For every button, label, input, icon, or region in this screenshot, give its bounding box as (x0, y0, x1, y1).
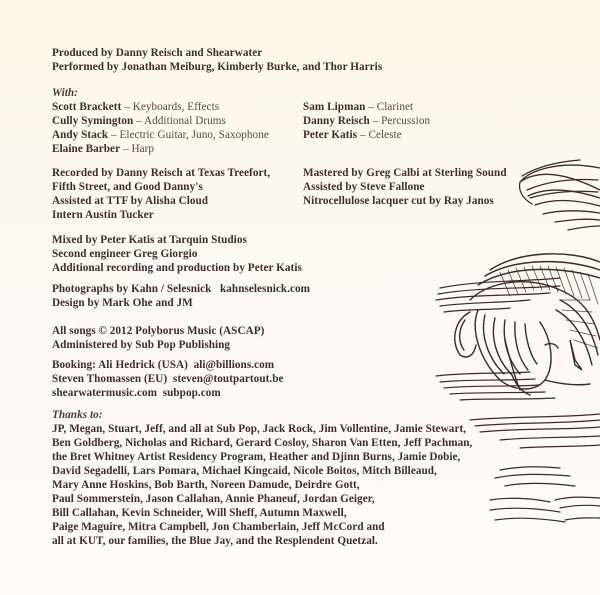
separator: – (120, 143, 131, 155)
musicians-left-column: Scott Brackett – Keyboards, Effects Cull… (52, 100, 269, 156)
separator: – (365, 101, 376, 113)
performed-by: Performed by Jonathan Meiburg, Kimberly … (52, 60, 382, 74)
label-website-link[interactable]: subpop.com (163, 387, 221, 399)
musician-name: Sam Lipman (303, 101, 365, 113)
thanks-line: all at KUT, our families, the Blue Jay, … (52, 534, 472, 548)
musician-credit: Danny Reisch – Percussion (303, 114, 430, 128)
musician-name: Cully Symington (52, 115, 133, 127)
thanks-heading: Thanks to: (52, 408, 472, 422)
booking-credits: Booking: Ali Hedrick (USA) ali@billions.… (52, 358, 284, 400)
design-credit: Design by Mark Ohe and JM (52, 296, 310, 310)
musician-role: Harp (131, 143, 154, 155)
mastering-line: Assisted by Steve Fallone (303, 180, 507, 194)
musician-role: Additional Drums (144, 115, 226, 127)
mixing-credits: Mixed by Peter Katis at Tarquin Studios … (52, 233, 302, 275)
thanks-line: JP, Megan, Stuart, Jeff, and all at Sub … (52, 422, 472, 436)
musician-credit: Cully Symington – Additional Drums (52, 114, 269, 128)
musician-role: Keyboards, Effects (133, 101, 219, 113)
musician-credit: Andy Stack – Electric Guitar, Juno, Saxo… (52, 128, 269, 142)
musician-credit: Scott Brackett – Keyboards, Effects (52, 100, 269, 114)
mixing-line: Mixed by Peter Katis at Tarquin Studios (52, 233, 302, 247)
with-label: With: (52, 86, 78, 100)
musician-name: Scott Brackett (52, 101, 121, 113)
wing-icon (520, 160, 600, 230)
thanks-section: Thanks to: JP, Megan, Stuart, Jeff, and … (52, 408, 472, 548)
separator: – (121, 101, 132, 113)
musician-role: Electric Guitar, Juno, Saxophone (120, 129, 269, 141)
booking-email-link[interactable]: steven@toutpartout.be (173, 373, 284, 385)
booking-agent: Booking: Ali Hedrick (USA) (52, 359, 188, 371)
musician-name: Peter Katis (303, 129, 357, 141)
musicians-right-column: Sam Lipman – Clarinet Danny Reisch – Per… (303, 100, 430, 142)
thanks-line: David Segadelli, Lars Pomara, Michael Ki… (52, 464, 472, 478)
musician-role: Clarinet (377, 101, 413, 113)
separator: – (370, 115, 381, 127)
thanks-line: the Bret Whitney Artist Residency Progra… (52, 450, 472, 464)
recording-line: Fifth Street, and Good Danny's (52, 180, 270, 194)
mastering-line: Mastered by Greg Calbi at Sterling Sound (303, 166, 507, 180)
booking-line: Steven Thomassen (EU) steven@toutpartout… (52, 372, 284, 386)
booking-agent: Steven Thomassen (EU) (52, 373, 167, 385)
musician-role: Celeste (368, 129, 401, 141)
mastering-credits: Mastered by Greg Calbi at Sterling Sound… (303, 166, 507, 208)
publishing-line: Administered by Sub Pop Publishing (52, 338, 264, 352)
thanks-line: Ben Goldberg, Nicholas and Richard, Gera… (52, 436, 472, 450)
separator: – (108, 129, 119, 141)
musician-role: Percussion (381, 115, 430, 127)
creature-icon (455, 254, 600, 395)
separator: – (357, 129, 368, 141)
musician-credit: Elaine Barber – Harp (52, 142, 269, 156)
produced-by: Produced by Danny Reisch and Shearwater (52, 46, 382, 60)
recording-line: Recorded by Danny Reisch at Texas Treefo… (52, 166, 270, 180)
recording-line: Intern Austin Tucker (52, 208, 270, 222)
musician-name: Elaine Barber (52, 143, 120, 155)
musician-name: Danny Reisch (303, 115, 370, 127)
recording-credits: Recorded by Danny Reisch at Texas Treefo… (52, 166, 270, 222)
musician-credit: Sam Lipman – Clarinet (303, 100, 430, 114)
production-credits: Produced by Danny Reisch and Shearwater … (52, 46, 382, 74)
crosshatch-texture (500, 266, 598, 348)
thanks-line: Bill Callahan, Kevin Schneider, Will She… (52, 506, 472, 520)
thanks-line: Mary Anne Hoskins, Bob Barth, Noreen Dam… (52, 478, 472, 492)
separator: – (133, 115, 144, 127)
recording-line: Assisted at TTF by Alisha Cloud (52, 194, 270, 208)
publishing-credits: All songs © 2012 Polyborus Music (ASCAP)… (52, 324, 264, 352)
liner-notes-page: Produced by Danny Reisch and Shearwater … (0, 0, 600, 595)
thanks-line: Paige Maguire, Mitra Campbell, Jon Chamb… (52, 520, 472, 534)
photographs-credit: Photographs by Kahn / Selesnick (52, 283, 211, 295)
mastering-line: Nitrocellulose lacquer cut by Ray Janos (303, 194, 507, 208)
photographs-line: Photographs by Kahn / Selesnick kahnsele… (52, 282, 310, 296)
band-website-link[interactable]: shearwatermusic.com (52, 387, 157, 399)
thanks-line: Paul Sommerstein, Jason Callahan, Annie … (52, 492, 472, 506)
musician-name: Andy Stack (52, 129, 108, 141)
booking-line: Booking: Ali Hedrick (USA) ali@billions.… (52, 358, 284, 372)
musician-credit: Peter Katis – Celeste (303, 128, 430, 142)
photographs-website-link[interactable]: kahnselesnick.com (220, 283, 310, 295)
copyright-line: All songs © 2012 Polyborus Music (ASCAP) (52, 324, 264, 338)
mixing-line: Additional recording and production by P… (52, 261, 302, 275)
with-heading: With: (52, 86, 78, 100)
booking-email-link[interactable]: ali@billions.com (194, 359, 275, 371)
mixing-line: Second engineer Greg Giorgio (52, 247, 302, 261)
websites-line: shearwatermusic.com subpop.com (52, 386, 284, 400)
photo-design-credits: Photographs by Kahn / Selesnick kahnsele… (52, 282, 310, 310)
